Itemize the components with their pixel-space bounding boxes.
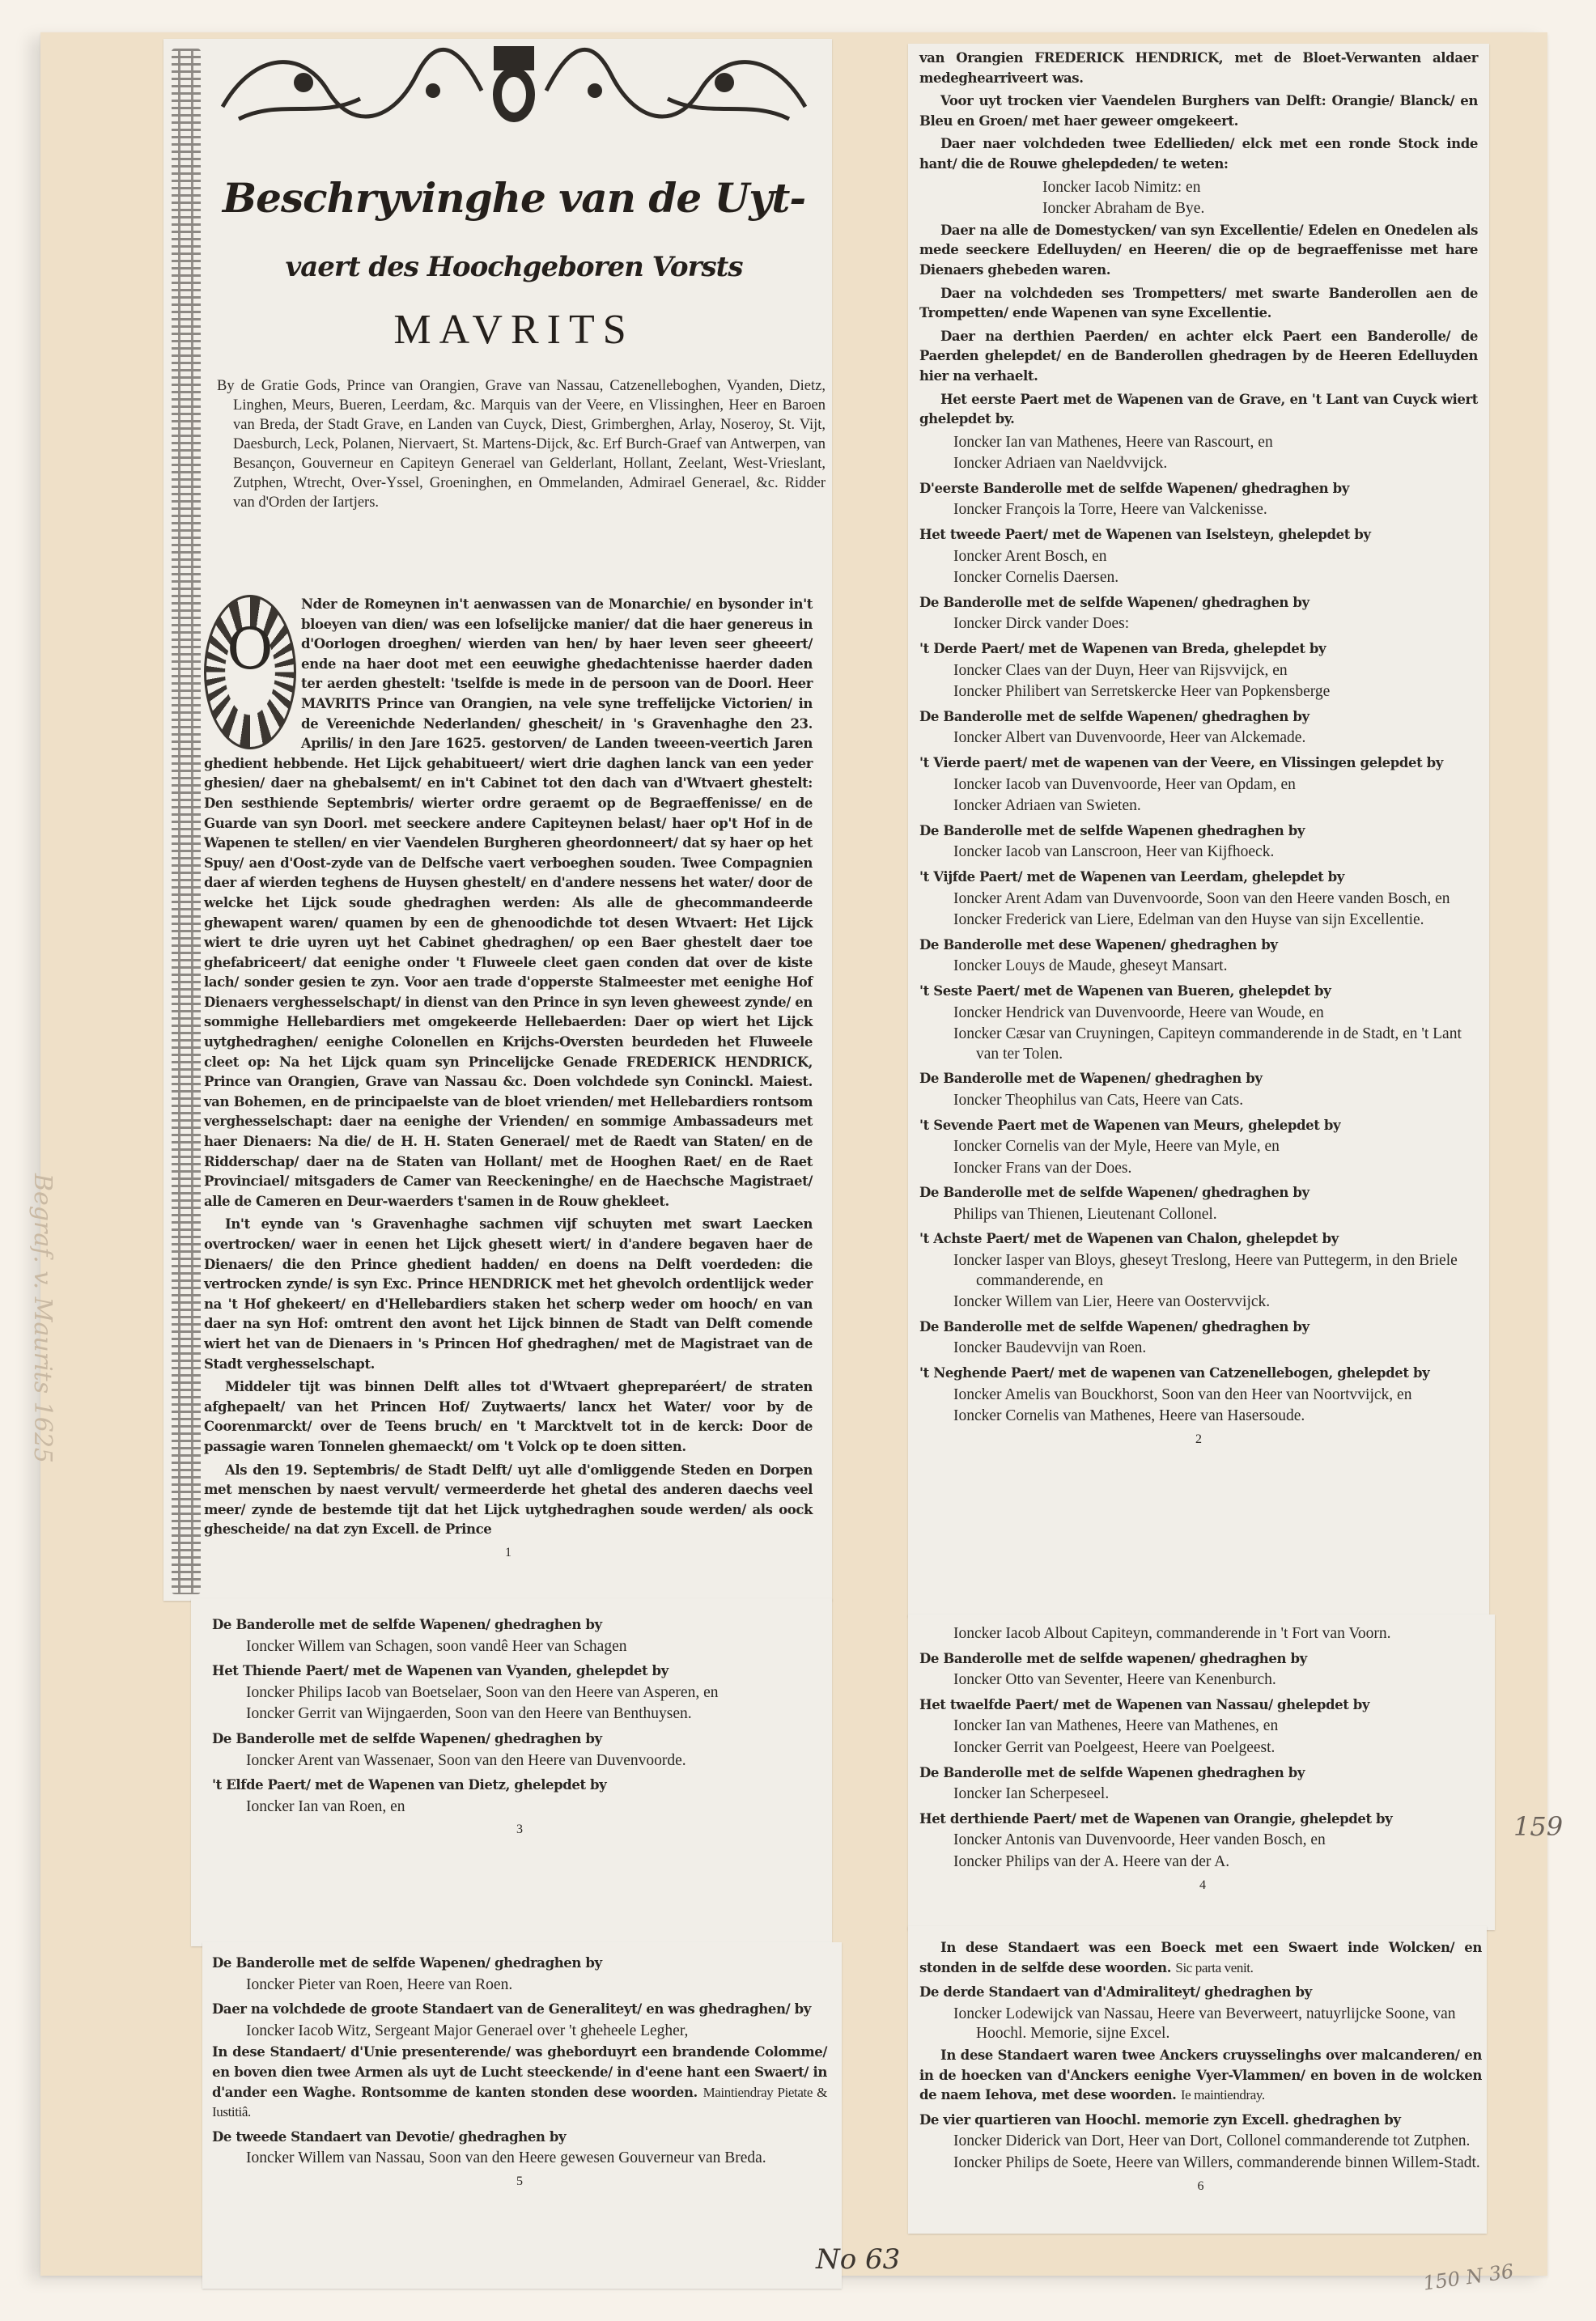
list-item: Ioncker Philips Iacob van Boetselaer, So… <box>212 1683 827 1704</box>
list-heading: De derde Standaert van d'Admiraliteyt/ g… <box>919 1983 1482 2003</box>
latin-motto: Ie maintiendray. <box>1181 2087 1265 2102</box>
list-item: Ioncker Iacob van Lanscroon, Heer van Ki… <box>919 842 1478 863</box>
narrative-paragraph: van Orangien FREDERICK HENDRICK, met de … <box>919 49 1478 88</box>
list-heading: 't Seste Paert/ met de Wapenen van Buere… <box>919 982 1478 1002</box>
list-heading: Het twaelfde Paert/ met de Wapenen van N… <box>919 1695 1486 1716</box>
list-heading: Daer na volchdede de groote Standaert va… <box>212 2000 827 2020</box>
list-item: Ioncker Gerrit van Wijngaerden, Soon van… <box>212 1704 827 1725</box>
list-item: Ioncker Cornelis van Mathenes, Heere van… <box>919 1407 1478 1427</box>
procession-list-page-2: van Orangien FREDERICK HENDRICK, met de … <box>919 49 1478 1453</box>
document-title-name: MAVRITS <box>206 306 821 354</box>
list-item: Ioncker Philips van der A. Heere van der… <box>919 1852 1486 1873</box>
list-heading: De Banderolle met de selfde Wapenen/ ghe… <box>212 1729 827 1750</box>
list-heading: De Banderolle met de selfde Wapenen/ ghe… <box>919 1183 1478 1203</box>
list-heading: De Banderolle met dese Wapenen/ ghedragh… <box>919 936 1478 956</box>
procession-list-page-3: De Banderolle met de selfde Wapenen/ ghe… <box>212 1610 827 1844</box>
standard-description: In dese Standaert was een Boeck met een … <box>919 1938 1482 1978</box>
list-heading: De Banderolle met de selfde Wapenen/ ghe… <box>212 1615 827 1636</box>
list-heading: De Banderolle met de selfde Wapenen/ ghe… <box>919 707 1478 728</box>
list-item: Ioncker Ian van Roen, en <box>212 1797 827 1818</box>
list-item: Ioncker Cæsar van Cruyningen, Capiteyn c… <box>919 1025 1478 1064</box>
list-item: Ioncker Arent Bosch, en <box>919 547 1478 567</box>
ornamental-border-icon <box>172 49 201 1594</box>
standard-description: In dese Standaert waren twee Anckers cru… <box>919 2046 1482 2106</box>
document-title-line-1: Beschryvinghe van de Uyt- <box>206 174 821 222</box>
list-heading: De Banderolle met de selfde wapenen/ ghe… <box>919 1649 1486 1670</box>
list-item: Ioncker Gerrit van Poelgeest, Heere van … <box>919 1738 1486 1759</box>
list-item: Ioncker Iasper van Bloys, gheseyt Treslo… <box>919 1251 1478 1291</box>
page-number: 6 <box>919 2177 1482 2197</box>
page-number: 3 <box>212 1820 827 1840</box>
list-item: Ioncker Iacob Albout Capiteyn, commander… <box>919 1624 1486 1644</box>
list-heading: De tweede Standaert van Devotie/ ghedrag… <box>212 2128 827 2148</box>
list-heading: De Banderolle met de selfde Wapenen/ ghe… <box>919 593 1478 613</box>
titles-paragraph: By de Gratie Gods, Prince van Orangien, … <box>194 376 826 512</box>
procession-list-page-5: De Banderolle met de selfde Wapenen/ ghe… <box>212 1949 827 2196</box>
list-item: Ioncker Adriaen van Naeldvvijck. <box>919 454 1478 474</box>
narrative-paragraph: Middeler tijt was binnen Delft alles tot… <box>204 1377 813 1457</box>
list-heading: Het derthiende Paert/ met de Wapenen van… <box>919 1810 1486 1830</box>
list-item: Ioncker Baudevvijn van Roen. <box>919 1339 1478 1359</box>
document-title-line-2: vaert des Hoochgeboren Vorsts <box>206 251 821 283</box>
narrative-paragraph: Het eerste Paert met de Wapenen van de G… <box>919 390 1478 430</box>
list-item: Ioncker Iacob Witz, Sergeant Major Gener… <box>212 2022 827 2042</box>
decorated-initial-icon: O <box>204 595 296 749</box>
list-heading: 't Achste Paert/ met de Wapenen van Chal… <box>919 1229 1478 1250</box>
list-heading: 't Vierde paert/ met de wapenen van der … <box>919 753 1478 774</box>
list-item: Ioncker Pieter van Roen, Heere van Roen. <box>212 1975 827 1996</box>
narrative-paragraph: Daer na volchdeden ses Trompetters/ met … <box>919 284 1478 324</box>
list-heading: 't Sevende Paert met de Wapenen van Meur… <box>919 1116 1478 1136</box>
styles-and-titles: By de Gratie Gods, Prince van Orangien, … <box>194 376 826 512</box>
list-heading: Het tweede Paert/ met de Wapenen van Ise… <box>919 525 1478 545</box>
list-item: Ioncker Antonis van Duvenvoorde, Heer va… <box>919 1831 1486 1851</box>
list-item: Ioncker Louys de Maude, gheseyt Mansart. <box>919 957 1478 977</box>
narrative-paragraph: Voor uyt trocken vier Vaendelen Burghers… <box>919 91 1478 131</box>
list-item: Ioncker Willem van Nassau, Soon van den … <box>212 2149 827 2169</box>
list-item: Ioncker Dirck vander Does: <box>919 614 1478 634</box>
narrative-paragraph: Als den 19. Septembris/ de Stadt Delft/ … <box>204 1461 813 1540</box>
list-item: Ioncker Otto van Seventer, Heere van Ken… <box>919 1670 1486 1691</box>
list-heading: 't Elfde Paert/ met de Wapenen van Dietz… <box>212 1776 827 1796</box>
list-item: Ioncker Frans van der Does. <box>919 1159 1478 1179</box>
page-number: 4 <box>919 1876 1486 1896</box>
list-item: Ioncker Philips de Soete, Heere van Will… <box>919 2153 1482 2174</box>
list-item: Ioncker Cornelis van der Myle, Heere van… <box>919 1137 1478 1157</box>
narrative-paragraph: Daer naer volchdeden twee Edellieden/ el… <box>919 134 1478 174</box>
margin-number-annotation: 159 <box>1513 1811 1563 1842</box>
procession-list-page-4: Ioncker Iacob Albout Capiteyn, commander… <box>919 1623 1486 1899</box>
ornamental-headpiece-icon <box>206 42 821 131</box>
list-item: Ioncker Albert van Duvenvoorde, Heer van… <box>919 728 1478 749</box>
list-item: Ioncker Lodewijck van Nassau, Heere van … <box>919 2005 1482 2044</box>
list-heading: De vier quartieren van Hoochl. memorie z… <box>919 2111 1482 2131</box>
list-item: Ioncker Ian Scherpeseel. <box>919 1784 1486 1805</box>
narrative-paragraph: In't eynde van 's Gravenhaghe sachmen vi… <box>204 1215 813 1374</box>
list-heading: De Banderolle met de selfde Wapenen/ ghe… <box>919 1317 1478 1338</box>
list-item: Ioncker Ian van Mathenes, Heere van Rasc… <box>919 433 1478 453</box>
list-item: Ioncker Claes van der Duyn, Heer van Rij… <box>919 661 1478 681</box>
list-heading: De Banderolle met de Wapenen/ ghedraghen… <box>919 1069 1478 1089</box>
list-heading: De Banderolle met de selfde Wapenen ghed… <box>919 821 1478 842</box>
list-heading: De Banderolle met de selfde Wapenen ghed… <box>919 1763 1486 1784</box>
list-item: Ioncker Arent Adam van Duvenvoorde, Soon… <box>919 889 1478 910</box>
list-item: Ioncker Willem van Lier, Heere van Ooste… <box>919 1292 1478 1313</box>
list-item: Ioncker Iacob van Duvenvoorde, Heer van … <box>919 775 1478 796</box>
list-item: Ioncker Philibert van Serretskercke Heer… <box>919 682 1478 702</box>
page-number: 1 <box>204 1543 813 1564</box>
list-heading: 't Neghende Paert/ met de wapenen van Ca… <box>919 1364 1478 1384</box>
list-heading: Het Thiende Paert/ met de Wapenen van Vy… <box>212 1661 827 1682</box>
latin-motto: Sic parta venit. <box>1175 1960 1253 1975</box>
list-heading: 't Vijfde Paert/ met de Wapenen van Leer… <box>919 868 1478 888</box>
collection-number-annotation: No 63 <box>816 2243 900 2276</box>
list-item: Ioncker Arent van Wassenaer, Soon van de… <box>212 1751 827 1772</box>
list-item: Ioncker Amelis van Bouckhorst, Soon van … <box>919 1385 1478 1406</box>
list-item: Ioncker Abraham de Bye. <box>919 199 1478 219</box>
list-heading: 't Derde Paert/ met de Wapenen van Breda… <box>919 639 1478 660</box>
procession-list-page-6: In dese Standaert was een Boeck met een … <box>919 1938 1482 2200</box>
page-number: 5 <box>212 2172 827 2192</box>
list-item: Ioncker Ian van Mathenes, Heere van Math… <box>919 1716 1486 1737</box>
list-item: Ioncker Willem van Schagen, soon vandê H… <box>212 1637 827 1657</box>
list-item: Ioncker Adriaen van Swieten. <box>919 796 1478 817</box>
list-item: Ioncker Cornelis Daersen. <box>919 568 1478 588</box>
list-heading: D'eerste Banderolle met de selfde Wapene… <box>919 479 1478 499</box>
narrative-paragraph: Daer na alle de Domestycken/ van syn Exc… <box>919 221 1478 281</box>
list-item: Ioncker Iacob Nimitz: en <box>919 178 1478 198</box>
list-item: Ioncker François la Torre, Heere van Val… <box>919 500 1478 520</box>
narrative-paragraph: Daer na derthien Paerden/ en achter elck… <box>919 327 1478 387</box>
pencil-annotation: Begraf. v. Maurits 1625 <box>28 1173 57 1463</box>
list-item: Ioncker Frederick van Liere, Edelman van… <box>919 910 1478 931</box>
list-item: Ioncker Theophilus van Cats, Heere van C… <box>919 1091 1478 1111</box>
list-heading: De Banderolle met de selfde Wapenen/ ghe… <box>212 1954 827 1974</box>
narrative-text: O Nder de Romeynen in't aenwassen van de… <box>204 595 813 1567</box>
list-item: Philips van Thienen, Lieutenant Collonel… <box>919 1205 1478 1225</box>
list-item: Ioncker Diderick van Dort, Heer van Dort… <box>919 2132 1482 2152</box>
list-item: Ioncker Hendrick van Duvenvoorde, Heere … <box>919 1004 1478 1024</box>
standard-description: In dese Standaert/ d'Unie presenterende/… <box>212 2043 827 2122</box>
page-number: 2 <box>919 1430 1478 1450</box>
